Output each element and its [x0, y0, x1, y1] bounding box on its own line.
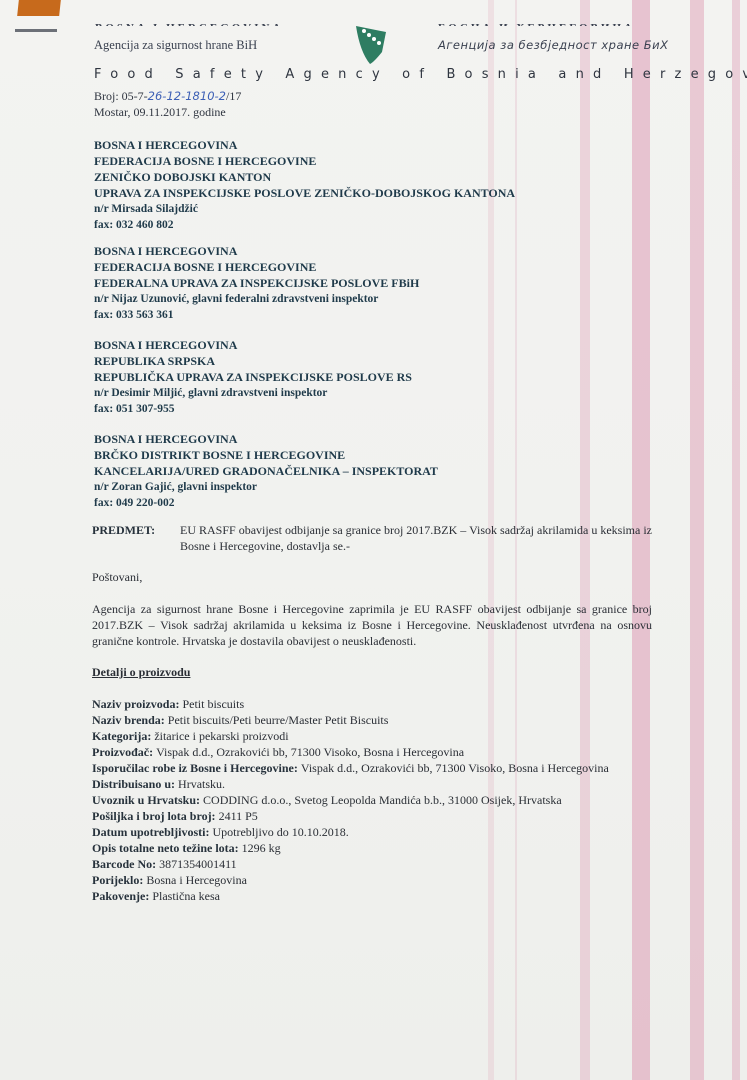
detail-value: CODDING d.o.o., Svetog Leopolda Mandića …	[203, 793, 562, 807]
agency-name-cyrillic: Агенција за безбједност хране БиХ	[438, 38, 669, 52]
detail-row: Pošiljka i broj lota broj: 2411 P5	[92, 808, 654, 824]
detail-value: Petit biscuits/Peti beurre/Master Petit …	[168, 713, 389, 727]
detail-row: Naziv proizvoda: Petit biscuits	[92, 696, 654, 712]
detail-value: Hrvatsku.	[178, 777, 225, 791]
subject-line: PREDMET:EU RASFF obavijest odbijanje sa …	[92, 522, 660, 554]
detail-row: Distribuisano u: Hrvatsku.	[92, 776, 654, 792]
recipient-attention: n/r Desimir Miljić, glavni zdravstveni i…	[94, 385, 412, 401]
details-heading: Detalji o proizvodu	[92, 665, 190, 680]
recipient-block: BOSNA I HERCEGOVINA BRČKO DISTRIKT BOSNE…	[94, 431, 438, 511]
detail-row: Barcode No: 3871354001411	[92, 856, 654, 872]
detail-key: Naziv brenda:	[92, 713, 168, 727]
detail-key: Barcode No:	[92, 857, 159, 871]
bleed-through-stripe	[690, 0, 704, 1080]
detail-value: 1296 kg	[242, 841, 281, 855]
detail-key: Isporučilac robe iz Bosne i Hercegovine:	[92, 761, 301, 775]
detail-row: Naziv brenda: Petit biscuits/Peti beurre…	[92, 712, 654, 728]
staple-mark	[15, 29, 57, 32]
recipient-block: BOSNA I HERCEGOVINA REPUBLIKA SRPSKA REP…	[94, 337, 412, 417]
recipient-block: BOSNA I HERCEGOVINA FEDERACIJA BOSNE I H…	[94, 243, 419, 323]
detail-value: 3871354001411	[159, 857, 237, 871]
detail-row: Proizvođač: Vispak d.d., Ozrakovići bb, …	[92, 744, 654, 760]
recipient-fax: fax: 032 460 802	[94, 217, 515, 233]
greeting: Poštovani,	[92, 570, 142, 585]
detail-value: Upotrebljivo do 10.10.2018.	[212, 825, 348, 839]
detail-key: Uvoznik u Hrvatsku:	[92, 793, 203, 807]
detail-value: Bosna i Hercegovina	[146, 873, 247, 887]
scanned-letter-page: BOSNA I HERCEGOVINA БОСНА И ХЕРЦЕГОВИНА …	[0, 0, 747, 1080]
detail-value: 2411 P5	[219, 809, 258, 823]
handwritten-number: 26-12-1810-2	[148, 89, 226, 103]
detail-row: Datum upotrebljivosti: Upotrebljivo do 1…	[92, 824, 654, 840]
recipient-fax: fax: 049 220-002	[94, 495, 438, 511]
detail-key: Naziv proizvoda:	[92, 697, 182, 711]
detail-row: Kategorija: žitarice i pekarski proizvod…	[92, 728, 654, 744]
detail-row: Isporučilac robe iz Bosne i Hercegovine:…	[92, 760, 654, 776]
binder-tab	[17, 0, 61, 16]
recipient-fax: fax: 051 307-955	[94, 401, 412, 417]
subject-text: EU RASFF obavijest odbijanje sa granice …	[180, 522, 660, 554]
detail-key: Proizvođač:	[92, 745, 156, 759]
detail-row: Uvoznik u Hrvatsku: CODDING d.o.o., Svet…	[92, 792, 654, 808]
bih-coat-of-arms-icon	[352, 22, 396, 66]
recipient-attention: n/r Zoran Gajić, glavni inspektor	[94, 479, 438, 495]
detail-row: Porijeklo: Bosna i Hercegovina	[92, 872, 654, 888]
letterhead-country-latin: BOSNA I HERCEGOVINA	[95, 18, 283, 26]
detail-key: Pošiljka i broj lota broj:	[92, 809, 219, 823]
agency-name-english: Food Safety Agency of Bosnia and Herzego…	[94, 67, 747, 82]
product-details-list: Naziv proizvoda: Petit biscuitsNaziv bre…	[92, 696, 654, 904]
detail-key: Porijeklo:	[92, 873, 146, 887]
place-date: Mostar, 09.11.2017. godine	[94, 104, 241, 120]
reference-block: Broj: 05-7-26-12-1810-2/17 Mostar, 09.11…	[94, 88, 241, 120]
detail-value: Plastična kesa	[152, 889, 220, 903]
letterhead-country-cyrillic: БОСНА И ХЕРЦЕГОВИНА	[438, 18, 635, 26]
detail-key: Opis totalne neto težine lota:	[92, 841, 242, 855]
detail-value: Vispak d.d., Ozrakovići bb, 71300 Visoko…	[156, 745, 464, 759]
recipient-attention: n/r Mirsada Silajdžić	[94, 201, 515, 217]
detail-key: Kategorija:	[92, 729, 154, 743]
recipient-block: BOSNA I HERCEGOVINA FEDERACIJA BOSNE I H…	[94, 137, 515, 233]
recipient-attention: n/r Nijaz Uzunović, glavni federalni zdr…	[94, 291, 419, 307]
detail-key: Pakovenje:	[92, 889, 152, 903]
detail-value: Vispak d.d., Ozrakovići bb, 71300 Visoko…	[301, 761, 609, 775]
detail-value: Petit biscuits	[182, 697, 244, 711]
detail-value: žitarice i pekarski proizvodi	[154, 729, 288, 743]
bleed-through-stripe	[732, 0, 740, 1080]
body-paragraph: Agencija za sigurnost hrane Bosne i Herc…	[92, 601, 652, 649]
detail-row: Opis totalne neto težine lota: 1296 kg	[92, 840, 654, 856]
agency-name-latin: Agencija za sigurnost hrane BiH	[94, 38, 257, 53]
reference-number: Broj: 05-7-26-12-1810-2/17	[94, 88, 241, 104]
detail-row: Pakovenje: Plastična kesa	[92, 888, 654, 904]
recipient-fax: fax: 033 563 361	[94, 307, 419, 323]
detail-key: Datum upotrebljivosti:	[92, 825, 212, 839]
subject-label: PREDMET:	[92, 522, 180, 538]
detail-key: Distribuisano u:	[92, 777, 178, 791]
